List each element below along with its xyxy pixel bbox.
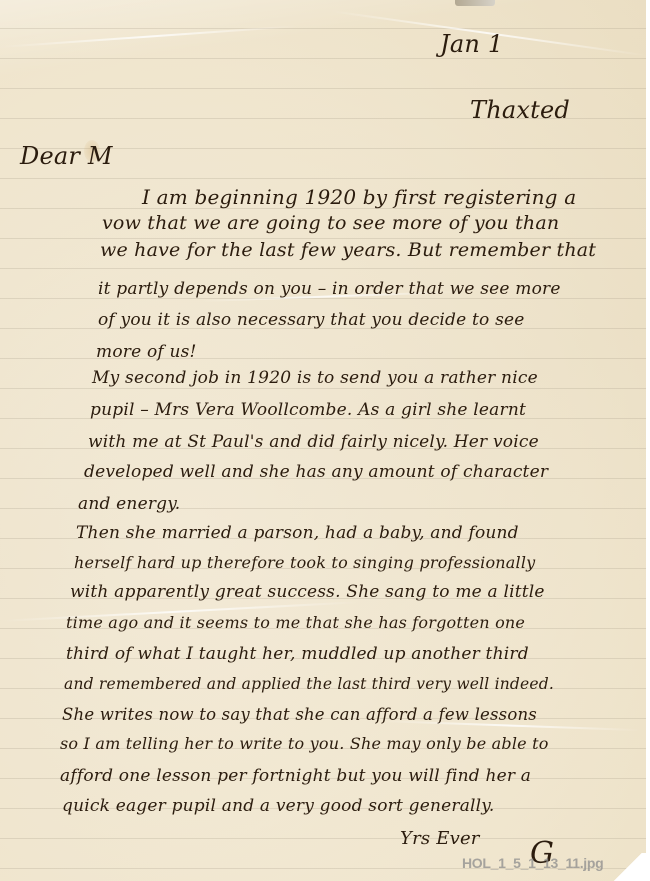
letter-line: time ago and it seems to me that she has…: [66, 613, 525, 632]
letter-line: and energy.: [78, 494, 180, 514]
letter-line: so I am telling her to write to you. She…: [60, 734, 549, 753]
letter-line: My second job in 1920 is to send you a r…: [92, 368, 538, 388]
letter-line: pupil – Mrs Vera Woollcombe. As a girl s…: [90, 400, 526, 420]
letter-line: I am beginning 1920 by first registering…: [142, 185, 576, 209]
letter-place: Thaxted: [470, 96, 570, 124]
letter-line: third of what I taught her, muddled up a…: [66, 644, 529, 664]
letter-page: Jan 1 Thaxted Dear M I am beginning 1920…: [0, 0, 646, 881]
letter-line: more of us!: [96, 342, 197, 362]
letter-line: quick eager pupil and a very good sort g…: [62, 796, 494, 816]
letter-line: it partly depends on you – in order that…: [98, 279, 561, 299]
letter-line: we have for the last few years. But reme…: [100, 239, 596, 261]
letter-line: herself hard up therefore took to singin…: [74, 553, 535, 572]
letter-closing: Yrs Ever: [400, 828, 480, 849]
letter-line: afford one lesson per fortnight but you …: [60, 766, 531, 786]
letter-line: vow that we are going to see more of you…: [102, 212, 559, 234]
folded-corner: [610, 853, 646, 881]
filename-watermark: HOL_1_5_1_13_11.jpg: [462, 855, 603, 871]
letter-line: Then she married a parson, had a baby, a…: [76, 523, 519, 543]
letter-salutation: Dear M: [20, 142, 113, 170]
letter-line: She writes now to say that she can affor…: [62, 705, 537, 724]
letter-line: with apparently great success. She sang …: [70, 582, 545, 602]
letter-line: with me at St Paul's and did fairly nice…: [88, 432, 539, 452]
letter-line: of you it is also necessary that you dec…: [98, 310, 525, 330]
letter-line: and remembered and applied the last thir…: [64, 675, 554, 693]
tape-mark: [455, 0, 495, 6]
letter-line: developed well and she has any amount of…: [84, 462, 548, 482]
letter-date: Jan 1: [440, 30, 503, 58]
